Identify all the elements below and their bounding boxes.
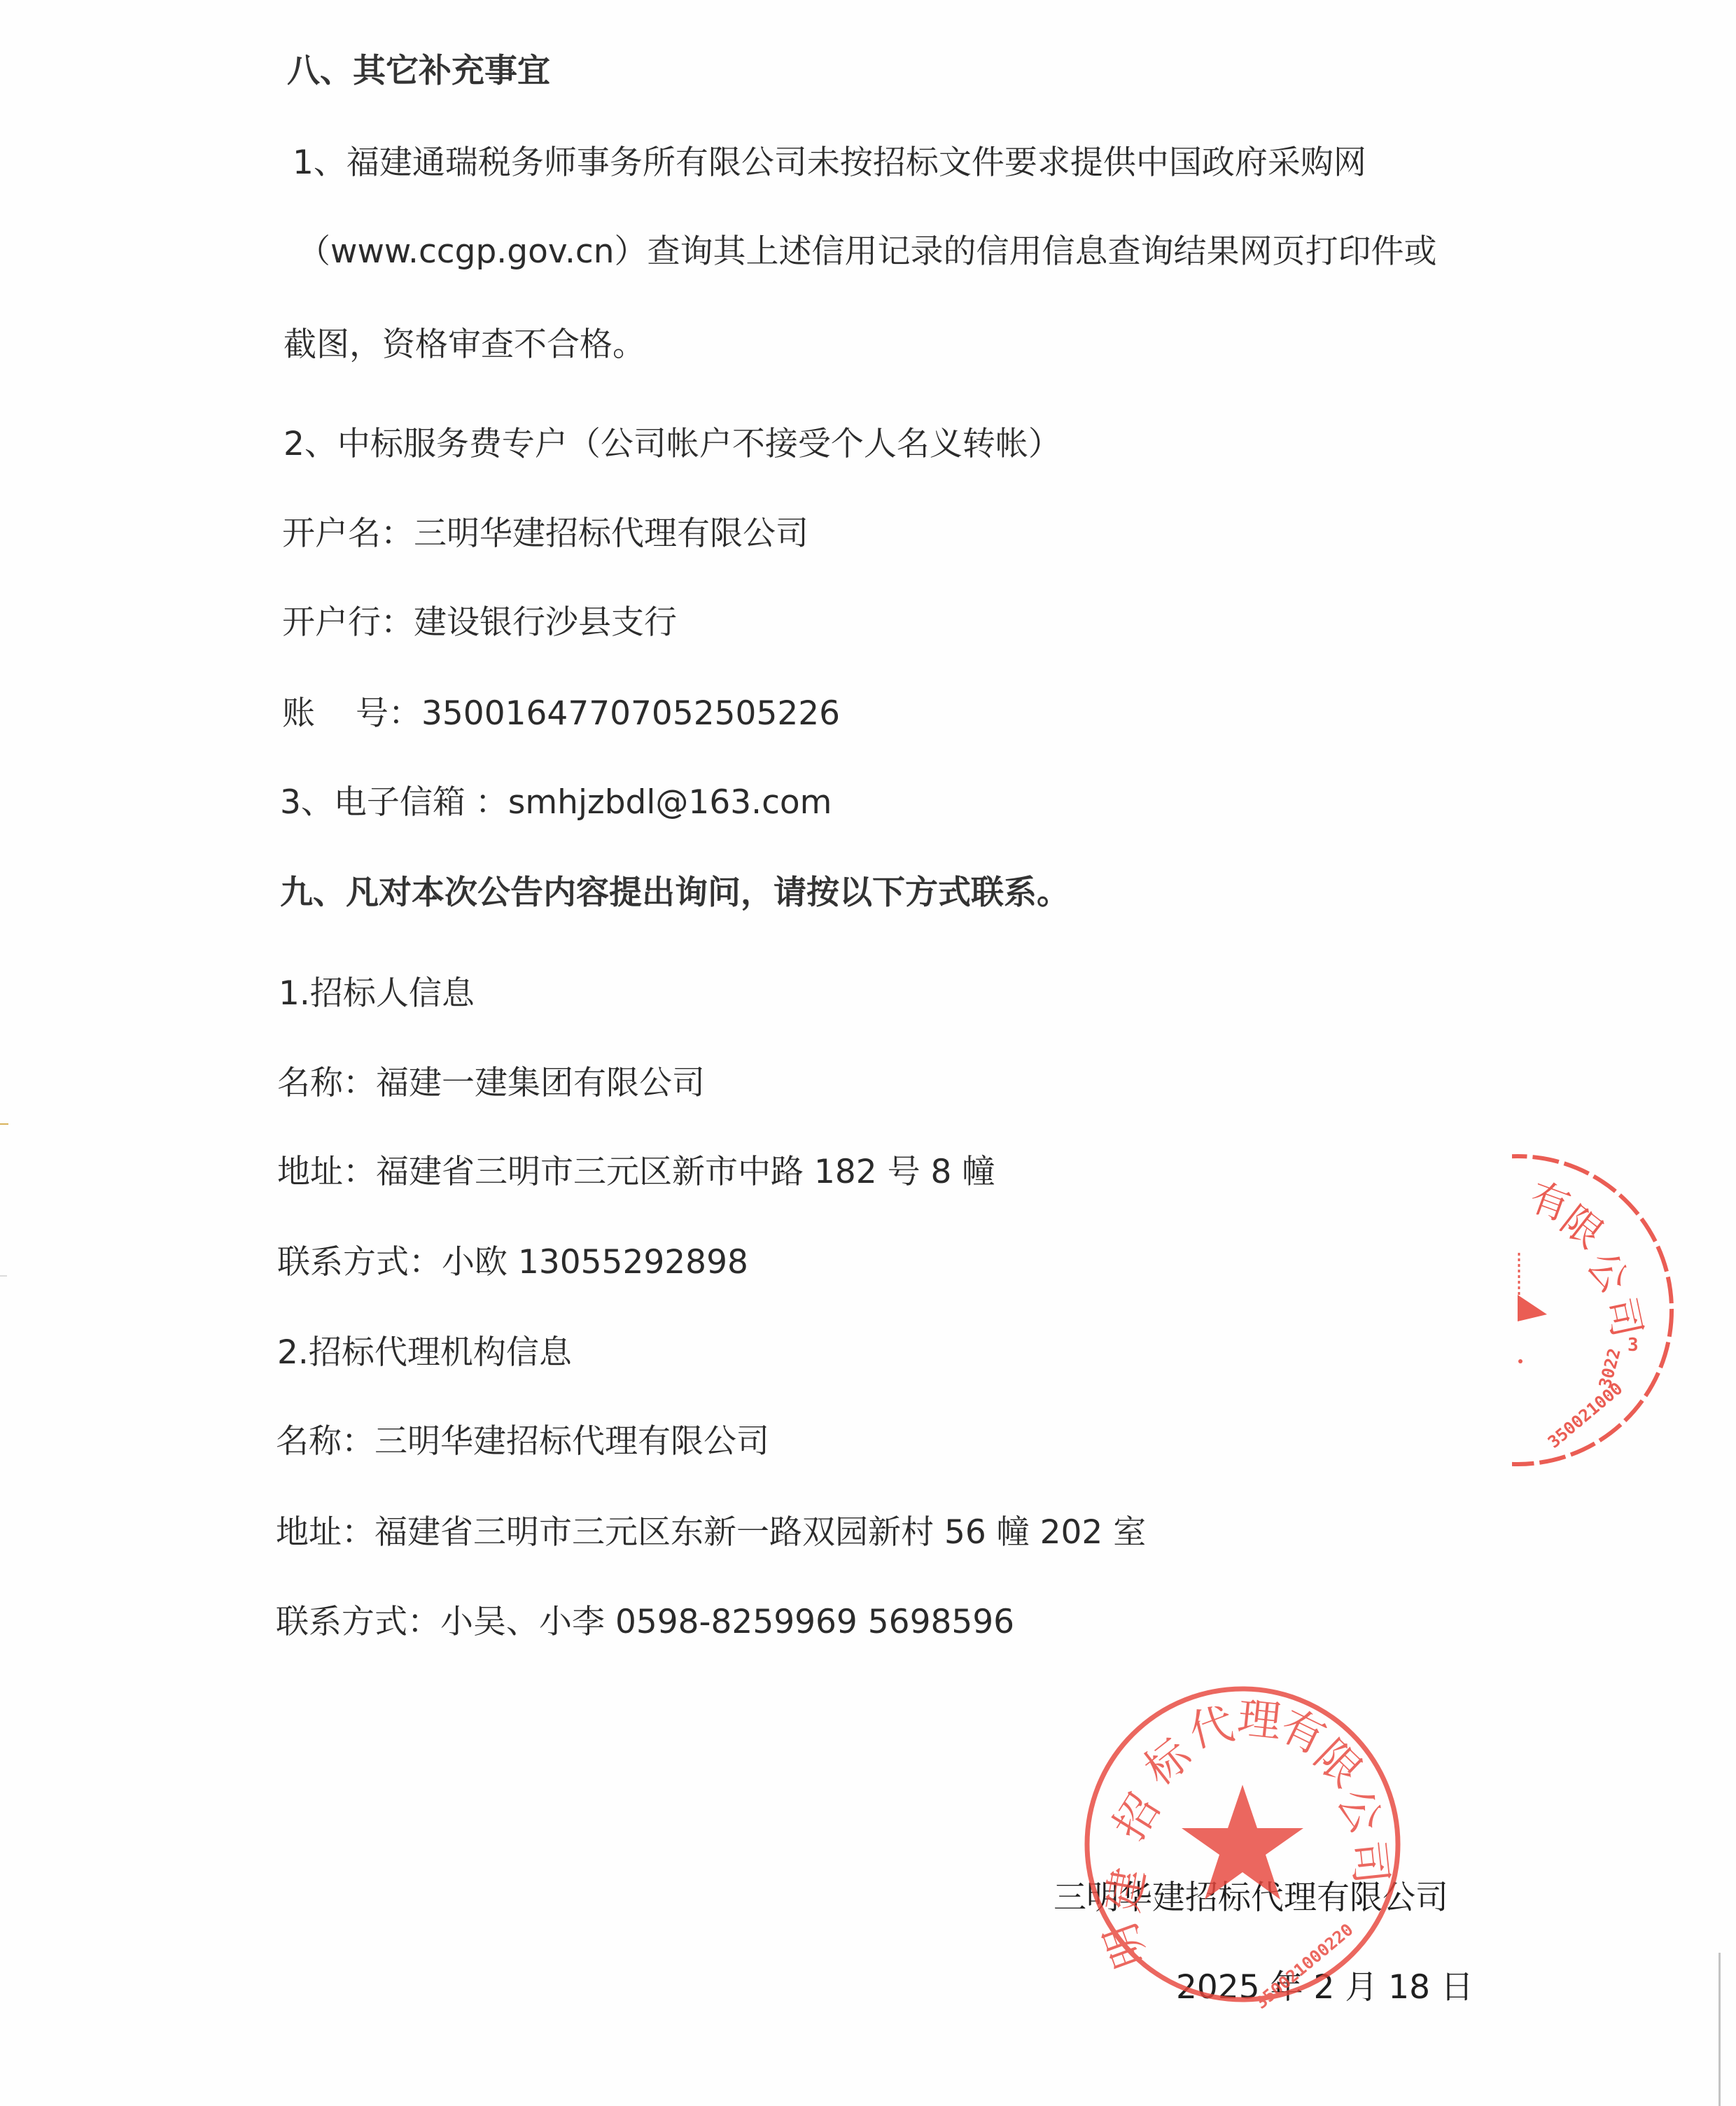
bank-value: 建设银行沙县支行 <box>414 603 677 642</box>
account-number-row: 账号：35001647707052505226 <box>282 693 840 735</box>
agency-name-value: 三明华建招标代理有限公司 <box>374 1422 769 1461</box>
account-number-label-2: 号： <box>356 694 421 733</box>
account-name-row: 开户名：三明华建招标代理有限公司 <box>282 513 808 555</box>
tenderer-address-row: 地址：福建省三明市三元区新市中路 182 号 8 幢 <box>277 1151 995 1193</box>
item-1-line-1: 1、福建通瑞税务师事务所有限公司未按招标文件要求提供中国政府采购网 <box>293 142 1366 184</box>
email-colon: ： <box>475 783 508 822</box>
email-value: smhjzbdl@163.com <box>508 783 832 822</box>
section-8-heading: 八、其它补充事宜 <box>287 50 550 92</box>
tenderer-name-label: 名称： <box>277 1064 376 1102</box>
svg-text:招: 招 <box>1103 1785 1170 1848</box>
company-seal-icon: 建 招 标 代 理 有 限 公 司 明 350021000220 <box>1078 1680 1407 2009</box>
tenderer-contact-value: 小欧 13055292898 <box>442 1243 748 1282</box>
account-name-value: 三明华建招标代理有限公司 <box>414 514 808 553</box>
svg-text:350021000: 350021000 <box>1544 1379 1627 1452</box>
bank-row: 开户行：建设银行沙县支行 <box>282 602 677 644</box>
tenderer-address-value: 福建省三明市三元区新市中路 182 号 8 幢 <box>376 1153 995 1191</box>
scan-speck <box>0 1123 8 1125</box>
svg-text:司: 司 <box>1597 1293 1649 1341</box>
svg-text:建: 建 <box>1097 1865 1155 1916</box>
agency-name-row: 名称：三明华建招标代理有限公司 <box>276 1421 769 1463</box>
item-2-title: 2、中标服务费专户（公司帐户不接受个人名义转帐） <box>283 423 1061 465</box>
svg-text:代: 代 <box>1184 1697 1239 1757</box>
tenderer-title: 1.招标人信息 <box>279 973 475 1015</box>
document-page: 八、其它补充事宜 1、福建通瑞税务师事务所有限公司未按招标文件要求提供中国政府采… <box>0 0 1736 2106</box>
tenderer-name-value: 福建一建集团有限公司 <box>376 1064 705 1102</box>
scan-edge-line <box>1718 1953 1721 2106</box>
agency-address-row: 地址：福建省三明市三元区东新一路双园新村 56 幢 202 室 <box>276 1512 1146 1554</box>
svg-text:3: 3 <box>1627 1335 1639 1356</box>
agency-address-value: 福建省三明市三元区东新一路双园新村 56 幢 202 室 <box>374 1513 1146 1552</box>
account-name-label: 开户名： <box>282 514 414 553</box>
account-number-label-1: 账 <box>282 694 315 733</box>
bank-label: 开户行： <box>282 603 414 642</box>
item-1-line-3: 截图，资格审查不合格。 <box>283 324 645 366</box>
agency-contact-row: 联系方式：小吴、小李 0598-8259969 5698596 <box>276 1601 1014 1643</box>
tenderer-contact-label: 联系方式： <box>277 1243 442 1282</box>
agency-address-label: 地址： <box>276 1513 374 1552</box>
agency-name-label: 名称： <box>276 1422 374 1461</box>
item-1-line-2: （www.ccgp.gov.cn）查询其上述信用记录的信用信息查询结果网页打印件… <box>297 231 1437 273</box>
tenderer-name-row: 名称：福建一建集团有限公司 <box>277 1062 705 1104</box>
tenderer-address-label: 地址： <box>277 1153 376 1191</box>
agency-contact-label: 联系方式： <box>276 1603 440 1641</box>
email-row: 3、电子信箱：smhjzbdl@163.com <box>280 782 832 824</box>
seam-stamp-icon: 有 限 公 司 3 3022 350021000 <box>1505 1148 1687 1477</box>
account-number-value: 35001647707052505226 <box>421 694 840 733</box>
scan-speck <box>0 1275 7 1277</box>
agency-contact-value: 小吴、小李 0598-8259969 5698596 <box>440 1603 1014 1641</box>
svg-text:司: 司 <box>1342 1838 1397 1886</box>
tenderer-contact-row: 联系方式：小欧 13055292898 <box>277 1242 748 1284</box>
agency-title: 2.招标代理机构信息 <box>277 1332 572 1374</box>
section-9-heading: 九、凡对本次公告内容提出询问，请按以下方式联系。 <box>280 872 1070 914</box>
email-label: 3、电子信箱 <box>280 783 465 822</box>
